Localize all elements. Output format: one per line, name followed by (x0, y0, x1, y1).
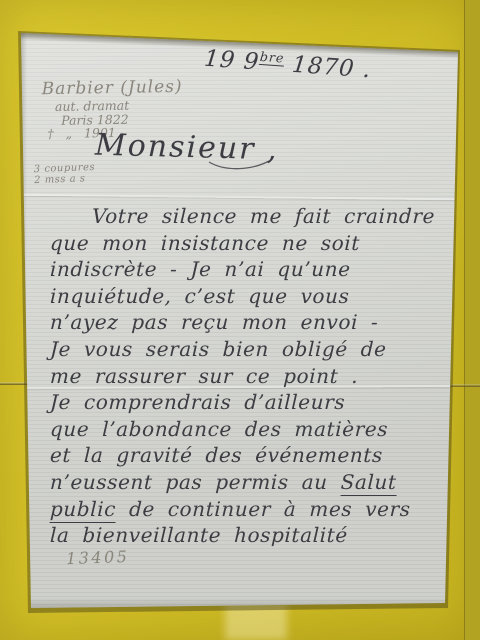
letter-body: Votre silence me fait craindreque mon in… (50, 203, 452, 549)
text-segment: 1870 . (282, 51, 372, 83)
handwritten-line: que mon insistance ne soit (50, 230, 453, 257)
annotation-author-name: Barbier (Jules) (41, 79, 182, 98)
handwritten-line: que l’abondance des matières (50, 416, 453, 443)
text-segment: public (50, 497, 117, 523)
handwritten-line: me rassurer sur ce point . (50, 363, 453, 390)
collector-note-line: 2 mss a s (34, 173, 96, 186)
inventory-number: 13405 (66, 547, 130, 568)
text-segment: inquiétude, c’est que vous (50, 284, 350, 308)
text-segment: Je comprendrais d’ailleurs (50, 390, 346, 414)
text-segment: que l’abondance des matières (50, 417, 389, 441)
paper-fold-crease (21, 194, 458, 201)
handwritten-line: n’eussent pas permis au Salut (50, 469, 453, 496)
background-crease-left (0, 382, 27, 385)
salutation-flourish (208, 158, 270, 172)
text-segment: 19 9 (203, 46, 261, 76)
text-segment: n’ayez pas reçu mon envoi - (50, 310, 379, 334)
letter-photograph: Barbier (Jules) aut. dramat Paris 1822 †… (0, 0, 480, 640)
text-segment: bre (259, 49, 285, 67)
text-segment: Salut (340, 470, 397, 496)
handwritten-line: Je comprendrais d’ailleurs (50, 389, 453, 416)
handwritten-line: Votre silence me fait craindre (50, 203, 453, 230)
background-crease-right (450, 384, 480, 387)
handwritten-line: inquiétude, c’est que vous (50, 283, 453, 310)
text-segment: la bienveillante hospitalité (50, 523, 349, 547)
handwritten-line: indiscrète - Je n’ai qu’une (50, 256, 453, 283)
text-segment: de continuer à mes vers (116, 497, 411, 521)
text-segment: indiscrète - Je n’ai qu’une (50, 257, 351, 281)
background-dark-band (464, 0, 480, 640)
collector-note: 3 coupures 2 mss a s (34, 162, 96, 186)
handwritten-line: public de continuer à mes vers (50, 496, 453, 523)
text-segment: Je vous serais bien obligé de (50, 337, 387, 361)
text-segment: n’eussent pas permis au (50, 470, 342, 494)
handwritten-line: Je vous serais bien obligé de (50, 336, 453, 363)
text-segment: et la gravité des événements (50, 443, 384, 467)
text-segment: me rassurer sur ce point . (50, 364, 359, 388)
handwritten-line: n’ayez pas reçu mon envoi - (50, 309, 453, 336)
text-segment: Votre silence me fait craindre (92, 204, 436, 228)
handwritten-line: et la gravité des événements (50, 442, 453, 469)
letter-paper: Barbier (Jules) aut. dramat Paris 1822 †… (0, 0, 480, 640)
text-segment: que mon insistance ne soit (50, 231, 361, 255)
handwritten-line: la bienveillante hospitalité (50, 522, 453, 549)
